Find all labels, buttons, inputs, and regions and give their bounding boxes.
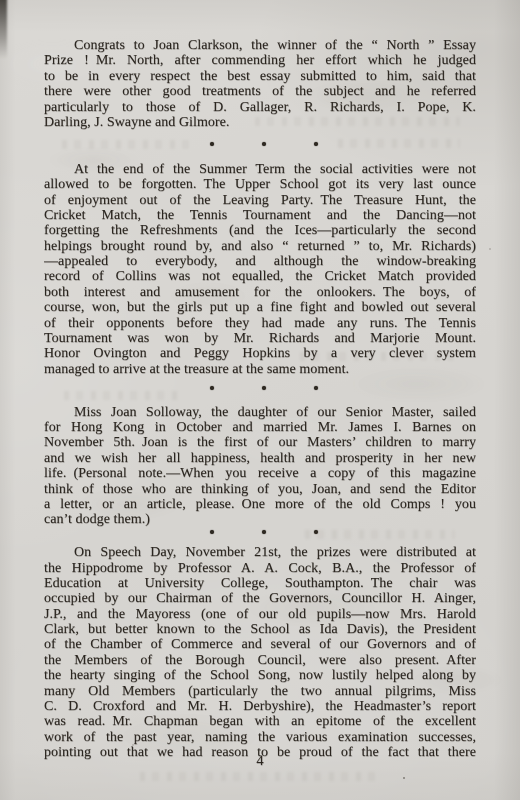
text-line: Darling, J. Swayne and Gilmore. <box>44 115 476 130</box>
paper-specks <box>0 0 2 2</box>
page-content: Congrats to Joan Clarkson, the winner of… <box>44 38 476 761</box>
text-line: and we wish her all happiness, health an… <box>44 451 476 466</box>
text-line: J.P., and the Mayoress (one of our old p… <box>44 607 476 622</box>
text-line: of enjoyment out of the Leaving Party. T… <box>44 193 476 208</box>
text-line: At the end of the Summer Term the social… <box>44 162 476 177</box>
text-line: to be in every respect the best essay su… <box>44 69 476 84</box>
text-line: allowed to be forgotten. The Upper Schoo… <box>44 177 476 192</box>
bleed-through-texture <box>140 772 380 781</box>
text-line: both interest and amusement for the onlo… <box>44 285 476 300</box>
magazine-page: Congrats to Joan Clarkson, the winner of… <box>0 0 520 800</box>
text-line: many Old Members (particularly the two a… <box>44 684 476 699</box>
text-line: a letter, or an article, please. One mor… <box>44 497 476 512</box>
text-line: the Members of the Borough Council, were… <box>44 653 476 668</box>
scan-edge-artifact <box>0 0 7 59</box>
text-line: of their opponents before they had made … <box>44 316 476 331</box>
divider-dot <box>262 530 266 534</box>
text-line: course, won, but the girls put up a fine… <box>44 300 476 315</box>
paragraph: Miss Joan Solloway, the daughter of our … <box>44 405 476 528</box>
section-divider <box>44 136 476 151</box>
text-line: helpings brought round by, and also “ re… <box>44 239 476 254</box>
text-line: Cricket Match, the Tennis Tournament and… <box>44 208 476 223</box>
text-line: was read. Mr. Chapman began with an epit… <box>44 714 476 729</box>
text-line: occupied by our Chairman of the Governor… <box>44 591 476 606</box>
paragraph: At the end of the Summer Term the social… <box>44 162 476 377</box>
text-line: work of the past year, naming the variou… <box>44 730 476 745</box>
text-line: Prize ! Mr. North, after commending her … <box>44 53 476 68</box>
paragraph: On Speech Day, November 21st, the prizes… <box>44 545 476 760</box>
text-line: Tournament was won by Mr. Richards and M… <box>44 331 476 346</box>
text-line: C. D. Croxford and Mr. H. Derbyshire), t… <box>44 699 476 714</box>
text-line: the hearty singing of the School Song, n… <box>44 668 476 683</box>
text-line: the Hippodrome by Professor A. A. Cock, … <box>44 561 476 576</box>
section-divider <box>44 380 476 395</box>
text-line: Congrats to Joan Clarkson, the winner of… <box>44 38 476 53</box>
text-line: there were other good treatments of the … <box>44 84 476 99</box>
text-line: Honor Ovington and Peggy Hopkins by a ve… <box>44 346 476 361</box>
divider-dot <box>314 142 318 146</box>
divider-dot <box>210 142 214 146</box>
divider-dot <box>210 386 214 390</box>
text-line: Miss Joan Solloway, the daughter of our … <box>44 405 476 420</box>
divider-dot <box>262 142 266 146</box>
text-line: record of Collins was not equalled, the … <box>44 269 476 284</box>
text-line: life. (Personal note.—When you receive a… <box>44 466 476 481</box>
text-line: —appealed to everybody, and although the… <box>44 254 476 269</box>
text-line: think of those who are thinking of you, … <box>44 482 476 497</box>
text-line: particularly to those of D. Gallager, R.… <box>44 100 476 115</box>
text-line: November 5th. Joan is the first of our M… <box>44 435 476 450</box>
divider-dot <box>314 530 318 534</box>
text-line: of the Chamber of Commerce and several o… <box>44 637 476 652</box>
divider-dot <box>314 386 318 390</box>
page-number: 4 <box>0 753 520 770</box>
divider-dot <box>262 386 266 390</box>
text-line: for Hong Kong in October and married Mr.… <box>44 420 476 435</box>
text-line: Clark, but better known to the School as… <box>44 622 476 637</box>
text-line: managed to arrive at the treasure at the… <box>44 362 476 377</box>
paragraph: Congrats to Joan Clarkson, the winner of… <box>44 38 476 130</box>
text-line: Education at University College, Southam… <box>44 576 476 591</box>
text-line: forgetting the Refreshments (and the Ice… <box>44 223 476 238</box>
divider-dot <box>210 530 214 534</box>
text-line: On Speech Day, November 21st, the prizes… <box>44 545 476 560</box>
